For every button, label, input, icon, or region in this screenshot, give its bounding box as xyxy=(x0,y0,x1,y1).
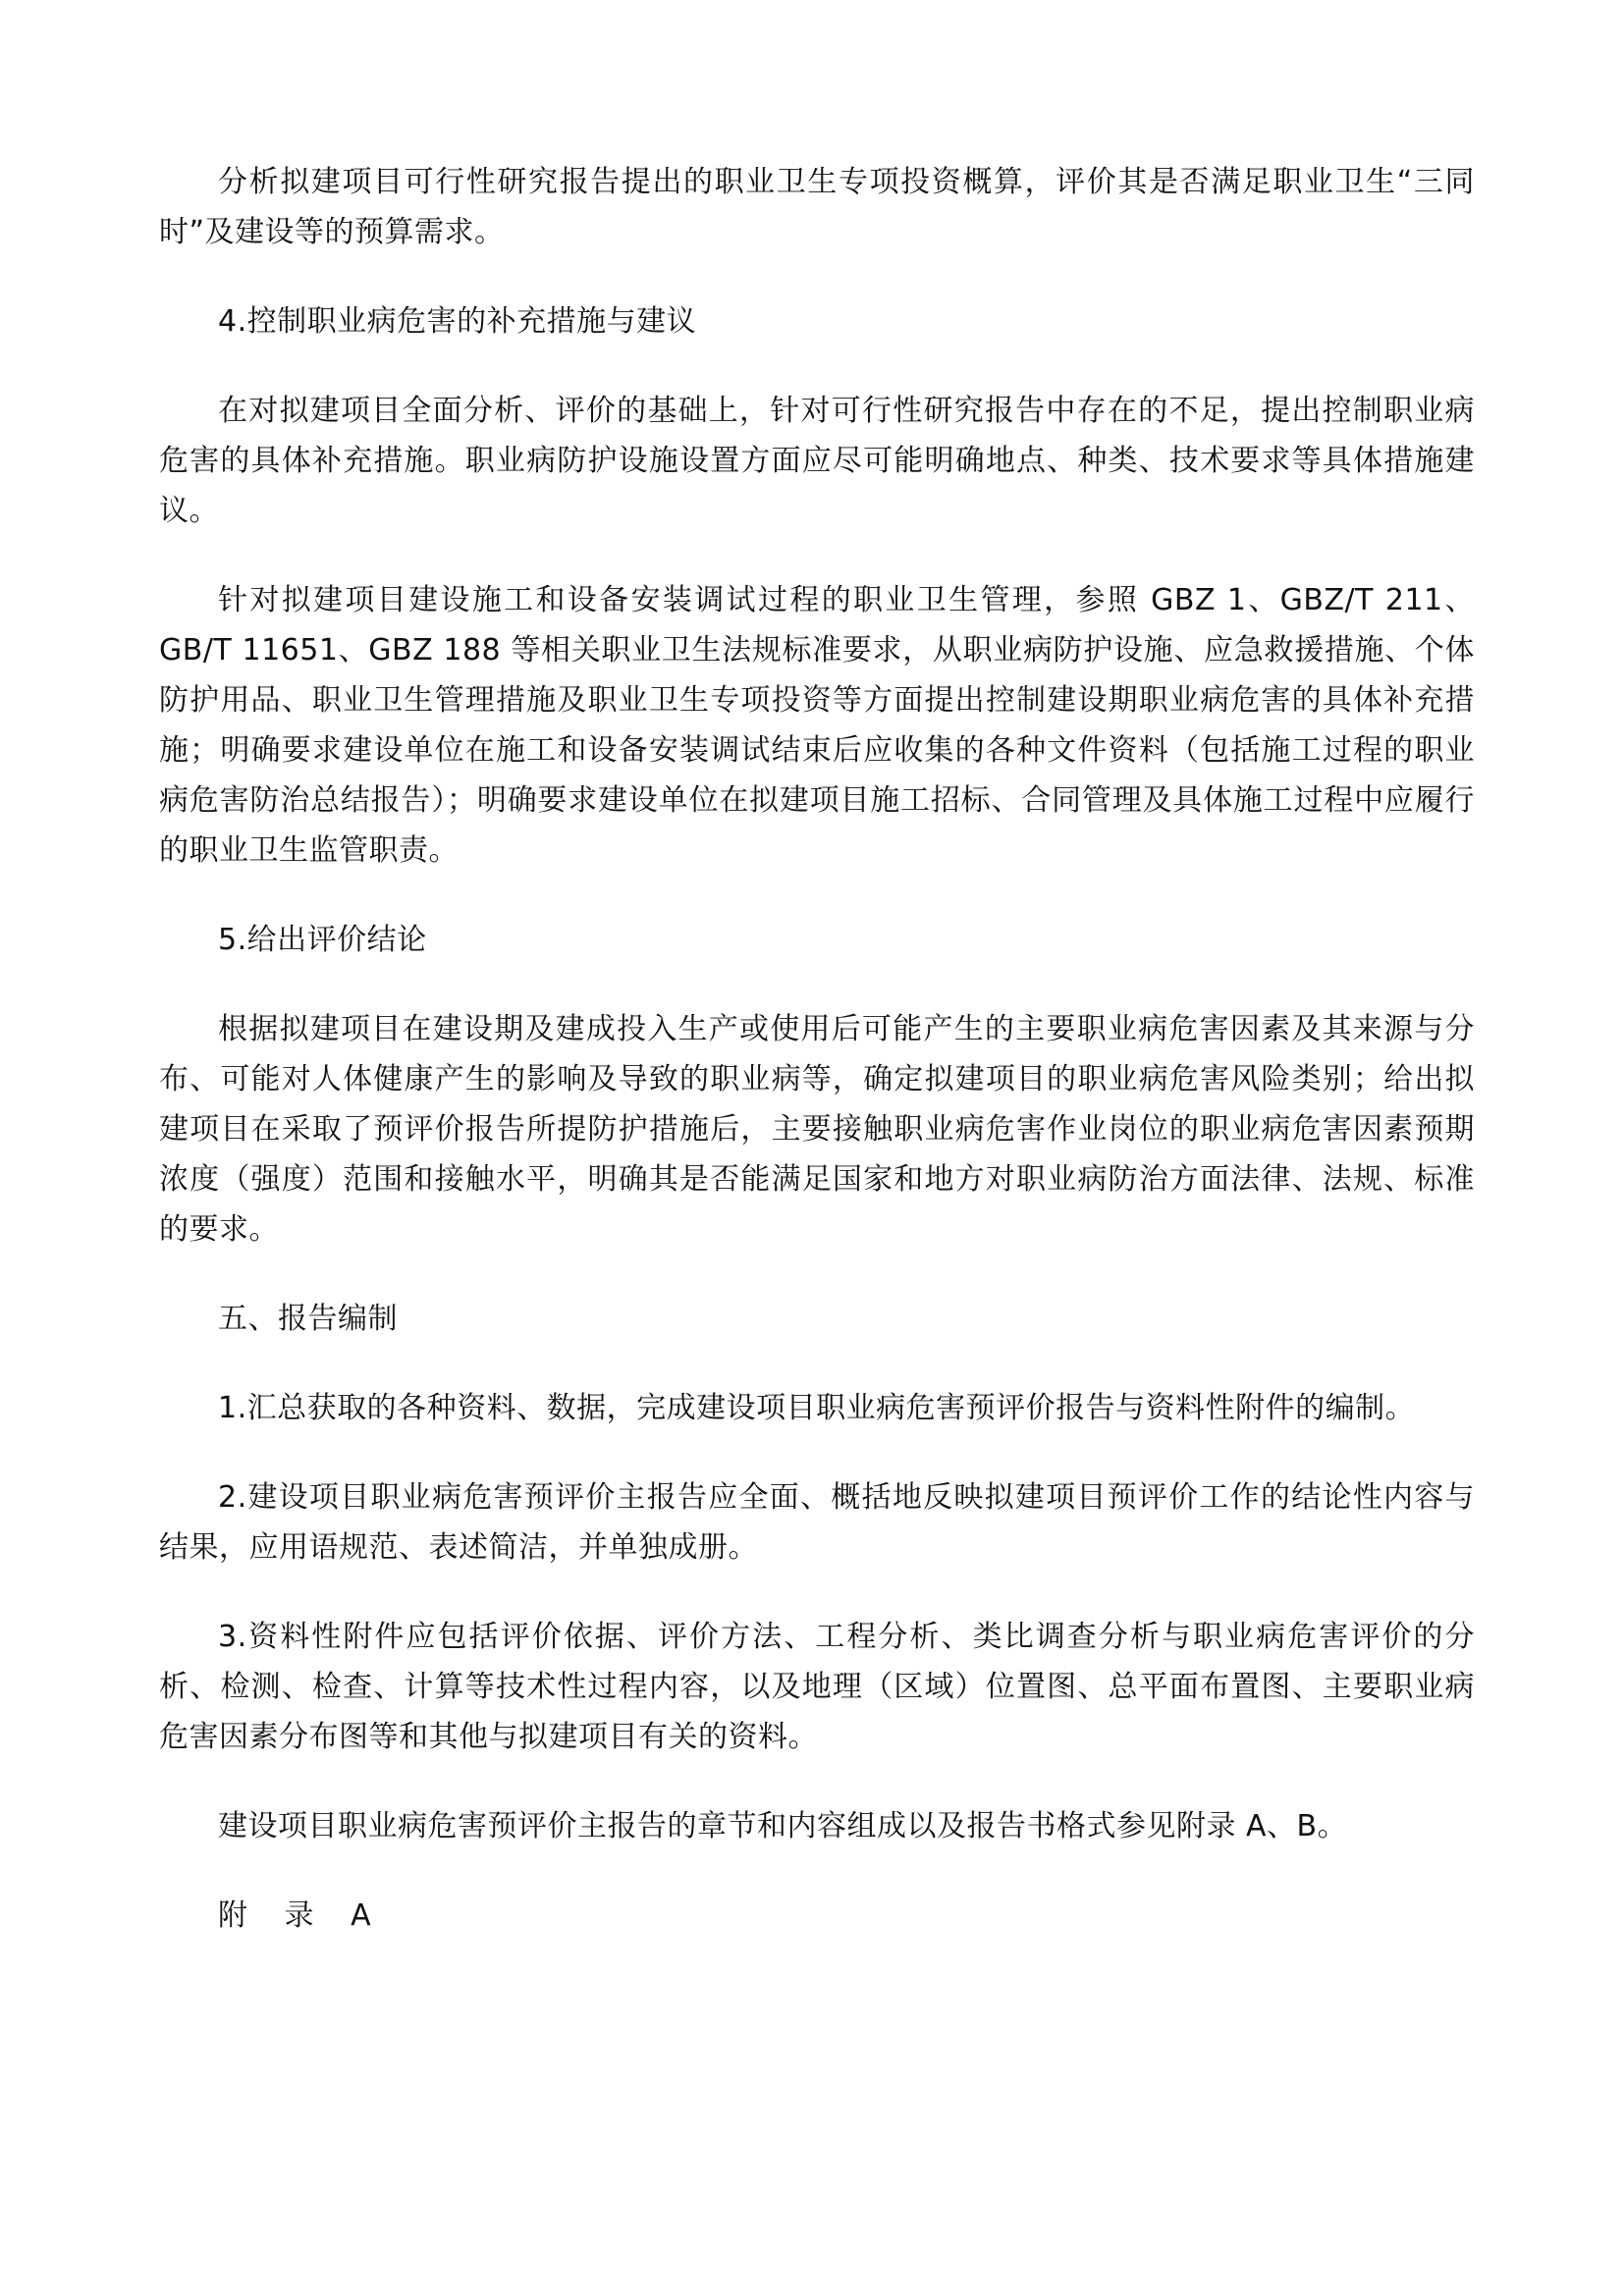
paragraph-evaluation-conclusion: 根据拟建项目在建设期及建成投入生产或使用后可能产生的主要职业病危害因素及其来源与… xyxy=(159,1004,1475,1255)
paragraph-item-2: 2.建设项目职业病危害预评价主报告应全面、概括地反映拟建项目预评价工作的结论性内… xyxy=(159,1472,1475,1573)
appendix-title: 附 录 A xyxy=(159,1891,1475,1941)
paragraph-item-3: 3.资料性附件应包括评价依据、评价方法、工程分析、类比调查分析与职业病危害评价的… xyxy=(159,1612,1475,1762)
paragraph-appendix-reference: 建设项目职业病危害预评价主报告的章节和内容组成以及报告书格式参见附录 A、B。 xyxy=(159,1801,1475,1851)
paragraph-supplementary-measures: 在对拟建项目全面分析、评价的基础上，针对可行性研究报告中存在的不足，提出控制职业… xyxy=(159,386,1475,536)
paragraph-investment-budget: 分析拟建项目可行性研究报告提出的职业卫生专项投资概算，评价其是否满足职业卫生“三… xyxy=(159,157,1475,257)
document-page: 分析拟建项目可行性研究报告提出的职业卫生专项投资概算，评价其是否满足职业卫生“三… xyxy=(159,157,1475,1941)
chapter-heading-report-compilation: 五、报告编制 xyxy=(159,1294,1475,1344)
section-heading-4: 4.控制职业病危害的补充措施与建议 xyxy=(159,296,1475,347)
paragraph-item-1: 1.汇总获取的各种资料、数据，完成建设项目职业病危害预评价报告与资料性附件的编制… xyxy=(159,1383,1475,1433)
section-heading-5: 5.给出评价结论 xyxy=(159,915,1475,965)
paragraph-construction-management: 针对拟建项目建设施工和设备安装调试过程的职业卫生管理，参照 GBZ 1、GBZ/… xyxy=(159,575,1475,876)
